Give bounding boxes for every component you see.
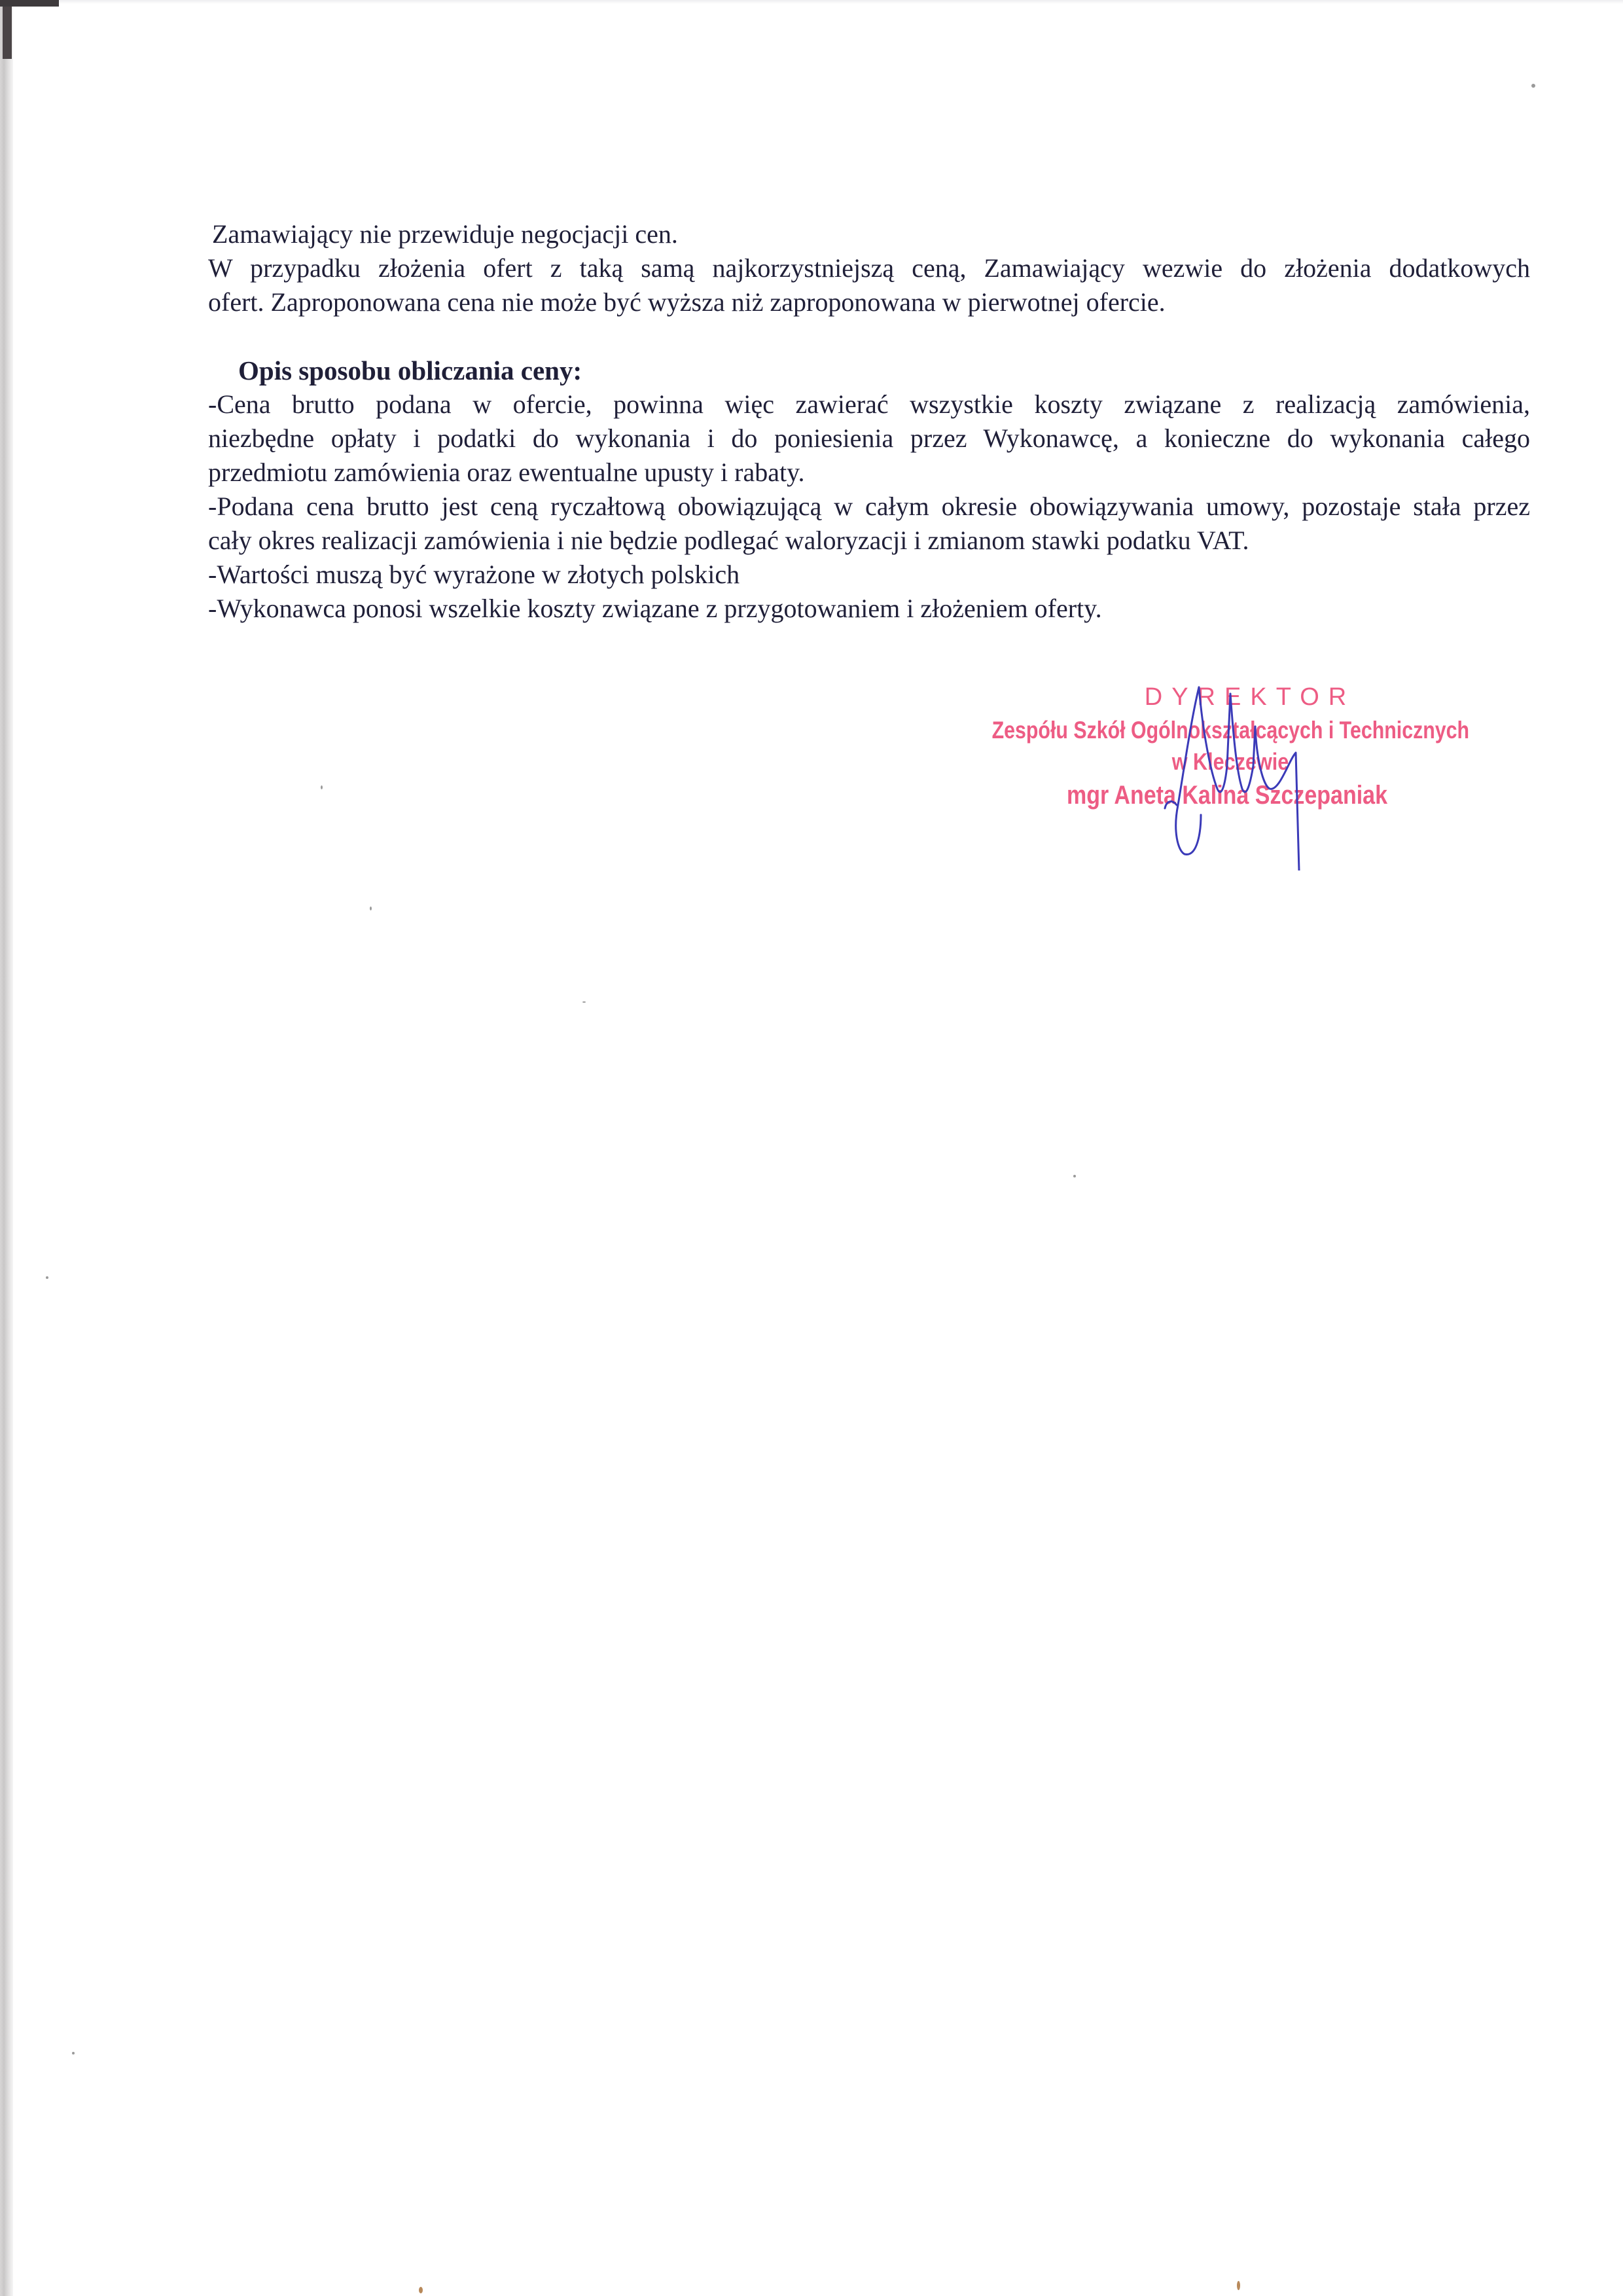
price-item-1: -Cena brutto podana w ofercie, powinna w… [208,387,1530,490]
price-item-2: -Podana cena brutto jest ceną ryczałtową… [208,490,1530,558]
price-item-line: niezbędne opłaty i podatki do wykonania … [208,422,1530,456]
price-item-line: cały okres realizacji zamówienia i nie b… [208,524,1530,558]
scan-speck [321,785,323,789]
handwritten-signature [1139,674,1335,870]
price-item-4: -Wykonawca ponosi wszelkie koszty związa… [208,592,1530,626]
price-item-line: przedmiotu zamówienia oraz ewentualne up… [208,456,1530,490]
scan-speck [1073,1175,1076,1177]
document-body: Zamawiający nie przewiduje negocjacji ce… [208,217,1530,626]
price-item-3: -Wartości muszą być wyrażone w złotych p… [208,558,1530,592]
signature-strokes [1165,687,1299,870]
scan-speck [419,2287,423,2293]
scan-speck [582,1001,586,1003]
section-heading: Opis sposobu obliczania ceny: [208,353,1530,387]
paragraph-equal-price-line-1: W przypadku złożenia ofert z taką samą n… [208,251,1530,285]
scan-speck [370,906,372,910]
spacer [208,319,1530,353]
paragraph-no-negotiation: Zamawiający nie przewiduje negocjacji ce… [208,217,1530,251]
scan-speck [46,1276,48,1279]
price-item-line: -Cena brutto podana w ofercie, powinna w… [208,387,1530,422]
scan-speck [1237,2281,1240,2290]
price-item-line: -Podana cena brutto jest ceną ryczałtową… [208,490,1530,524]
scan-top-edge [59,0,1623,4]
paragraph-equal-price-line-2: ofert. Zaproponowana cena nie może być w… [208,285,1530,319]
scan-speck [1531,84,1535,88]
scan-corner-shadow [0,0,59,7]
price-item-line: -Wykonawca ponosi wszelkie koszty związa… [208,592,1530,626]
scan-edge-shadow [3,0,12,59]
scan-edge [0,0,13,2296]
scan-speck [72,2052,75,2054]
price-item-line: -Wartości muszą być wyrażone w złotych p… [208,558,1530,592]
